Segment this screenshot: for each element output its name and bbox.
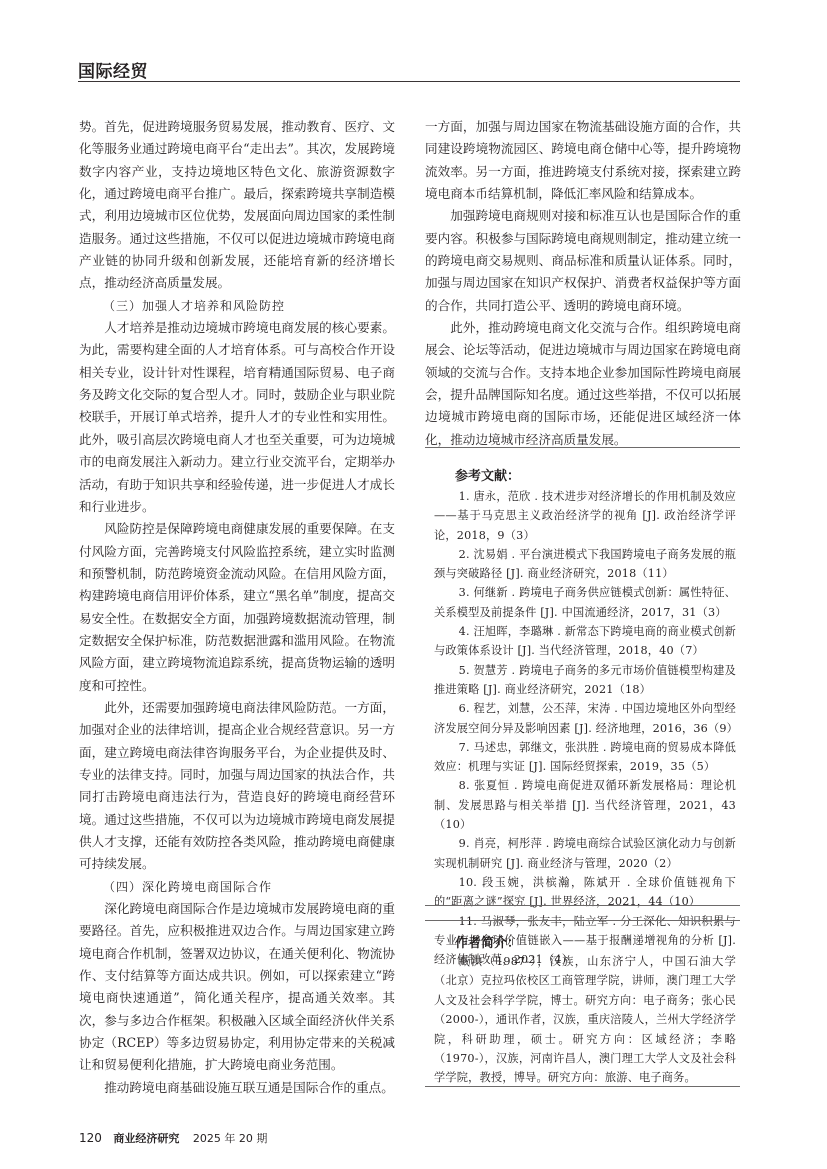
references-list: 1. 唐永，范欣 . 技术进步对经济增长的作用机制及效应——基于马克思主义政治经… — [434, 487, 736, 969]
header-rule — [78, 81, 740, 82]
reference-item: 5. 贺慧芳 . 跨境电子商务的多元市场价值链模型构建及推进策略 [J]. 商业… — [434, 661, 736, 700]
reference-item: 1. 唐永，范欣 . 技术进步对经济增长的作用机制及效应——基于马克思主义政治经… — [434, 487, 736, 545]
paragraph: 此外，还需要加强跨境电商法律风险防范。一方面，加强对企业的法律培训，提高企业合规… — [79, 697, 395, 876]
reference-item: 2. 沈易娟 . 平台演进模式下我国跨境电子商务发展的瓶颈与突破路径 [J]. … — [434, 545, 736, 584]
author-bio-text: 臧洪（1987-），汉族，山东济宁人，中国石油大学（北京）克拉玛依校区工商管理学… — [434, 952, 736, 1088]
references-bottom-rule — [425, 905, 740, 906]
subsection-heading: （四）深化跨境电商国际合作 — [79, 876, 395, 898]
page-footer: 120 商业经济研究 2025 年 20 期 — [79, 1130, 267, 1146]
page-number: 120 — [79, 1131, 102, 1145]
subsection-heading: （三）加强人才培养和风险防控 — [79, 295, 395, 317]
issue-label: 2025 年 20 期 — [193, 1132, 267, 1145]
paragraph-continuation: 一方面，加强与周边国家在物流基础设施方面的合作，共同建设跨境物流园区、跨境电商仓… — [425, 116, 741, 205]
reference-item: 8. 张夏恒 . 跨境电商促进双循环新发展格局：理论机制、发展思路与相关举措 [… — [434, 776, 736, 834]
paragraph: 推动跨境电商基础设施互联互通是国际合作的重点。 — [79, 1077, 395, 1099]
journal-name: 商业经济研究 — [113, 1132, 179, 1145]
reference-item: 4. 汪旭晖，李璐琳 . 新常态下跨境电商的商业模式创新与政策体系设计 [J].… — [434, 622, 736, 661]
author-top-rule — [425, 920, 740, 921]
paragraph: 人才培养是推动边境城市跨境电商发展的核心要素。为此，需要构建全面的人才培育体系。… — [79, 317, 395, 518]
reference-item: 3. 何继新 . 跨境电子商务供应链模式创新：属性特征、关系模型及前提条件 [J… — [434, 583, 736, 622]
right-column: 一方面，加强与周边国家在物流基础设施方面的合作，共同建设跨境物流园区、跨境电商仓… — [425, 116, 741, 451]
references-top-rule — [425, 447, 740, 448]
left-column: 势。首先，促进跨境服务贸易发展，推动教育、医疗、文化等服务业通过跨境电商平台“走… — [79, 116, 395, 1099]
paragraph: 风险防控是保障跨境电商健康发展的重要保障。在支付风险方面，完善跨境支付风险监控系… — [79, 518, 395, 697]
reference-item: 6. 程艺，刘慧，公丕萍，宋涛 . 中国边境地区外向型经济发展空间分异及影响因素… — [434, 699, 736, 738]
reference-item: 9. 肖亮，柯彤萍 . 跨境电商综合试验区演化动力与创新实现机制研究 [J]. … — [434, 834, 736, 873]
author-bio: 臧洪（1987-），汉族，山东济宁人，中国石油大学（北京）克拉玛依校区工商管理学… — [434, 952, 736, 1088]
paragraph: 此外，推动跨境电商文化交流与合作。组织跨境电商展会、论坛等活动，促进边境城市与周… — [425, 317, 741, 451]
paragraph-continuation: 势。首先，促进跨境服务贸易发展，推动教育、医疗、文化等服务业通过跨境电商平台“走… — [79, 116, 395, 295]
paragraph: 深化跨境电商国际合作是边境城市发展跨境电商的重要路径。首先，应积极推进双边合作。… — [79, 898, 395, 1077]
reference-item: 7. 马述忠，郭继文，张洪胜 . 跨境电商的贸易成本降低效应：机理与实证 [J]… — [434, 738, 736, 777]
references-heading: 参考文献： — [455, 465, 520, 484]
author-bottom-rule — [425, 1086, 740, 1087]
author-heading: 作者简介： — [455, 932, 520, 951]
section-title: 国际经贸 — [78, 57, 148, 82]
paragraph: 加强跨境电商规则对接和标准互认也是国际合作的重要内容。积极参与国际跨境电商规则制… — [425, 205, 741, 317]
